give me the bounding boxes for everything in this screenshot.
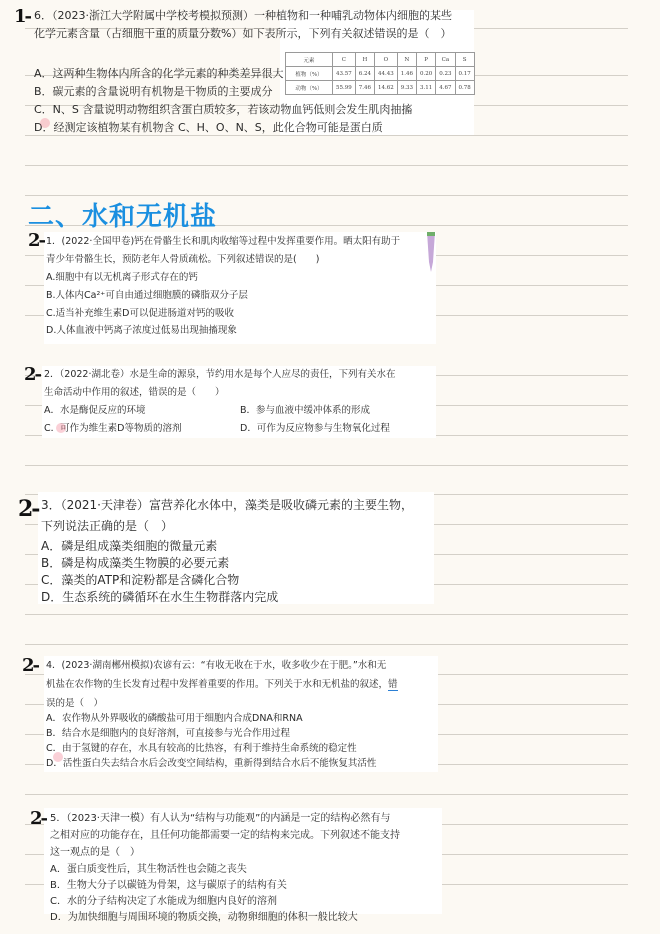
question-6-option-b[interactable]: B．碳元素的含量说明有机物是干物质的主要成分 xyxy=(34,83,273,101)
question-5-option-d[interactable]: D．为加快细胞与周围环境的物质交换，动物卵细胞的体积一般比较大 xyxy=(50,909,358,926)
table-cell: 6.24 xyxy=(355,67,374,81)
question-2-option-a[interactable]: A．水是酶促反应的环境 xyxy=(44,402,146,419)
table-row: 植物（%） 43.57 6.24 44.43 1.46 0.20 0.23 0.… xyxy=(286,67,475,81)
question-5-stem-line2: 之相对应的功能存在，且任何功能都需要一定的结构来完成。下列叙述不能支持 xyxy=(50,827,400,844)
question-2-option-d[interactable]: D．可作为反应物参与生物氧化过程 xyxy=(240,420,390,437)
table-cell: 0.17 xyxy=(455,67,474,81)
question-6-handwritten-mark: 1- xyxy=(14,6,30,27)
section-heading: 二、水和无机盐 xyxy=(28,196,217,233)
question-4-stem-line1: 4．(2023·湖南郴州模拟)农谚有云：“有收无收在于水，收多收少在于肥。”水和… xyxy=(46,657,386,674)
question-5-option-c[interactable]: C．水的分子结构决定了水能成为细胞内良好的溶剂 xyxy=(50,893,277,910)
table-row: 动物（%） 55.99 7.46 14.62 9.33 3.11 4.67 0.… xyxy=(286,81,475,95)
question-4-underlined-word: 错 xyxy=(388,679,398,691)
question-6-option-a[interactable]: A．这两种生物体内所含的化学元素的种类差异很大 xyxy=(34,65,284,83)
table-cell: 植物（%） xyxy=(286,67,333,81)
question-1-stem-line1: 1．(2022·全国甲卷)钙在骨骼生长和肌肉收缩等过程中发挥重要作用。晒太阳有助… xyxy=(46,233,400,250)
question-6-stem-line2: 化学元素含量（占细胞干重的质量分数%）如下表所示，下列有关叙述错误的是（ ） xyxy=(34,25,451,43)
question-1-option-a[interactable]: A.细胞中有以无机离子形式存在的钙 xyxy=(46,269,198,286)
annotation-dot xyxy=(53,752,63,762)
table-cell: 1.46 xyxy=(397,67,416,81)
table-cell: 动物（%） xyxy=(286,81,333,95)
annotation-dot xyxy=(40,118,50,128)
question-6-stem-line1: 6．（2023·浙江大学附属中学校考模拟预测）一种植物和一种哺乳动物体内细胞的某… xyxy=(34,7,452,25)
question-2-handwritten-mark: 2- xyxy=(24,364,40,385)
table-header-cell: N xyxy=(397,53,416,67)
table-cell: 14.62 xyxy=(375,81,398,95)
question-1-stem-line2: 青少年骨骼生长，预防老年人骨质疏松。下列叙述错误的是( ) xyxy=(46,251,319,268)
question-4-handwritten-mark: 2- xyxy=(22,655,38,676)
question-4-option-d[interactable]: D．活性蛋白失去结合水后会改变空间结构，重新得到结合水后不能恢复其活性 xyxy=(46,755,376,772)
annotation-dot xyxy=(56,423,66,433)
table-header-cell: S xyxy=(455,53,474,67)
question-6-option-d[interactable]: D．经测定该植物某有机物含 C、H、O、N、S，此化合物可能是蛋白质 xyxy=(34,119,383,137)
element-content-table: 元素 C H O N P Ca S 植物（%） 43.57 6.24 44.43… xyxy=(285,52,475,95)
table-cell: 3.11 xyxy=(417,81,436,95)
table-cell: 7.46 xyxy=(355,81,374,95)
question-1-option-b[interactable]: B.人体内Ca²⁺可自由通过细胞膜的磷脂双分子层 xyxy=(46,287,248,304)
table-header-cell: Ca xyxy=(436,53,455,67)
table-header-cell: P xyxy=(417,53,436,67)
table-cell: 4.67 xyxy=(436,81,455,95)
question-5-option-b[interactable]: B．生物大分子以碳链为骨架，这与碳原子的结构有关 xyxy=(50,877,287,894)
table-header-cell: O xyxy=(375,53,398,67)
table-cell: 44.43 xyxy=(375,67,398,81)
question-1-option-d[interactable]: D.人体血液中钙离子浓度过低易出现抽搐现象 xyxy=(46,322,237,339)
table-cell: 0.78 xyxy=(455,81,474,95)
question-3-stem-line1: 3．（2021·天津卷）富营养化水体中，藻类是吸收磷元素的主要生物， xyxy=(41,496,413,515)
question-2-stem-line2: 生命活动中作用的叙述，错误的是（ ） xyxy=(44,384,225,401)
question-3-stem-line2: 下列说法正确的是（ ） xyxy=(41,517,173,536)
question-3-handwritten-mark: 2- xyxy=(18,496,38,522)
table-header-cell: H xyxy=(355,53,374,67)
table-cell: 0.23 xyxy=(436,67,455,81)
question-5-stem-line3: 这一观点的是（ ） xyxy=(50,844,140,861)
table-cell: 43.57 xyxy=(333,67,356,81)
question-3-option-d[interactable]: D．生态系统的磷循环在水生生物群落内完成 xyxy=(41,588,278,607)
question-5-option-a[interactable]: A．蛋白质变性后，其生物活性也会随之丧失 xyxy=(50,861,247,878)
question-6-option-c[interactable]: C．N、S 含量说明动物组织含蛋白质较多，若该动物血钙低则会发生肌肉抽搐 xyxy=(34,101,412,119)
table-header-cell: 元素 xyxy=(286,53,333,67)
question-2-option-b[interactable]: B．参与血液中缓冲体系的形成 xyxy=(240,402,370,419)
table-cell: 55.99 xyxy=(333,81,356,95)
table-cell: 9.33 xyxy=(397,81,416,95)
table-header-row: 元素 C H O N P Ca S xyxy=(286,53,475,67)
question-5-handwritten-mark: 2- xyxy=(30,808,46,829)
pen-cursor-icon xyxy=(425,232,437,272)
question-4-stem-line2: 机盐在农作物的生长发育过程中发挥着重要的作用。下列关于水和无机盐的叙述，错 xyxy=(46,676,398,693)
question-1-option-c[interactable]: C.适当补充维生素D可以促进肠道对钙的吸收 xyxy=(46,305,234,322)
question-2-stem-line1: 2．（2022·湖北卷）水是生命的源泉，节约用水是每个人应尽的责任，下列有关水在 xyxy=(44,366,396,383)
question-1-handwritten-mark: 2- xyxy=(28,230,44,251)
question-4-stem-line2-text: 机盐在农作物的生长发育过程中发挥着重要的作用。下列关于水和无机盐的叙述， xyxy=(46,679,388,690)
table-header-cell: C xyxy=(333,53,356,67)
question-5-stem-line1: 5．（2023·天津一模）有人认为“结构与功能观”的内涵是一定的结构必然有与 xyxy=(50,810,390,827)
table-cell: 0.20 xyxy=(417,67,436,81)
